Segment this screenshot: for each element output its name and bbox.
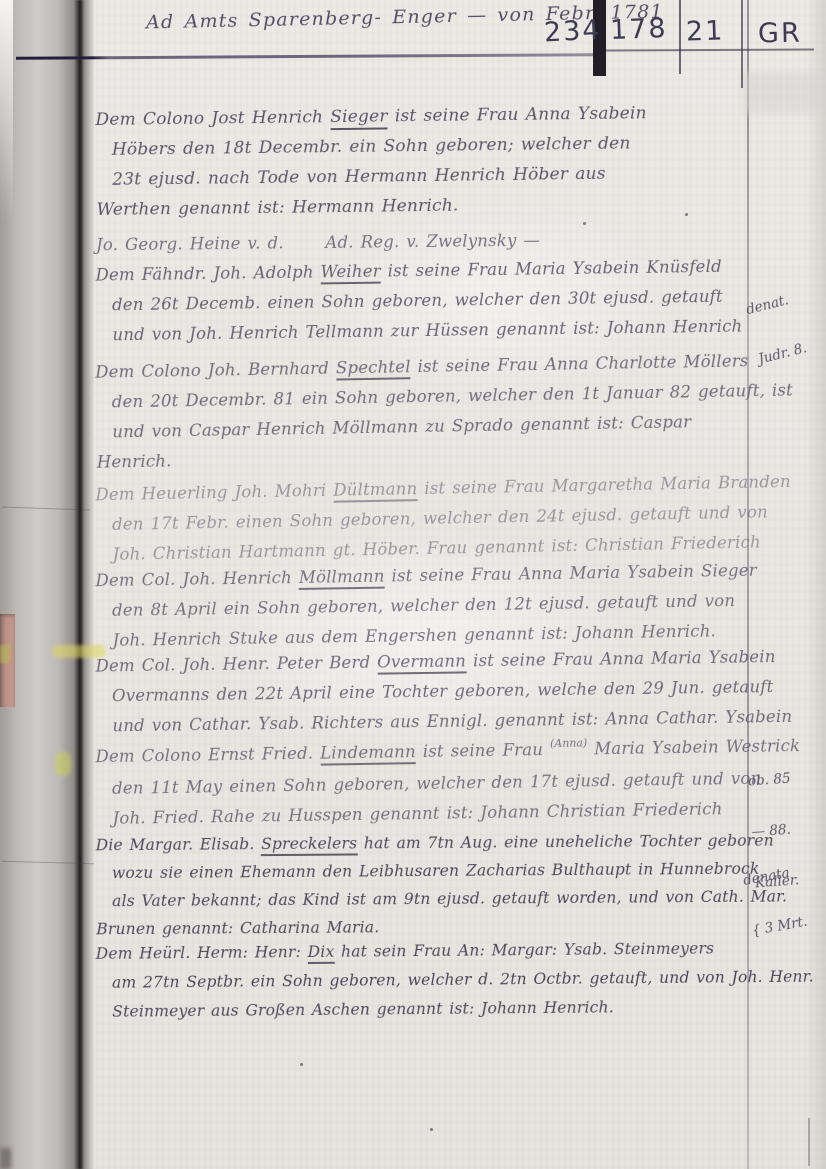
margin-note-line: Judr. 8. <box>757 340 809 368</box>
register-entry: Dem Colono Joh. Bernhard Spechtel ist se… <box>95 346 752 477</box>
margin-note-line: { 3 Mrt. <box>751 914 809 940</box>
underlined-surname: Overmann <box>377 651 466 674</box>
ref-number-cell: GR <box>758 18 802 50</box>
green-highlight-mark <box>0 645 10 663</box>
entry-text: Dem Heürl. Herm: Henr: <box>96 943 308 963</box>
register-entry: Dem Col. Joh. Henrich Möllmann ist seine… <box>95 556 751 656</box>
entry-text: Dem Colono Jost Henrich <box>95 107 330 130</box>
binding-crease-line <box>74 0 84 1169</box>
entry-text: hat am 7tn Aug. eine uneheliche Tochter … <box>357 832 774 853</box>
ref-number-cell: 178 <box>609 13 668 46</box>
entry-line: am 27tn Septbr. ein Sohn geboren, welche… <box>96 963 751 998</box>
scanned-register-page: { "header": { "script": "Ad Amts Sparenb… <box>0 0 826 1169</box>
entry-text: Dem Col. Joh. Henr. Peter Berd <box>95 653 377 676</box>
entry-text: ist seine Frau Margaretha Maria Branden <box>417 472 791 498</box>
register-entry: Dem Col. Joh. Henr. Peter Berd Overmann … <box>95 642 751 741</box>
right-page-edge-shade <box>806 0 826 1169</box>
register-entry: Dem Fähndr. Joh. Adolph Weiher ist seine… <box>95 251 751 350</box>
box-divider-line <box>679 0 681 74</box>
underlined-surname: Dix <box>308 943 335 964</box>
underlined-surname: Möllmann <box>299 567 385 590</box>
ref-number-cell: 234 <box>543 15 602 49</box>
ink-speck <box>685 213 688 216</box>
entry-text: Dem Col. Joh. Henrich <box>95 568 299 590</box>
box-divider-line <box>741 0 743 88</box>
bottom-right-edge-line <box>808 1118 810 1166</box>
page-edge-highlight <box>0 0 13 220</box>
register-entry: Die Margar. Elisab. Spreckelers hat am 7… <box>96 827 752 944</box>
entry-line: Die Margar. Elisab. Spreckelers hat am 7… <box>96 827 751 860</box>
entry-text: Dem Colono Ernst Fried. <box>95 744 320 767</box>
underlined-surname: Spechtel <box>336 357 411 380</box>
yellow-highlight-mark <box>55 752 71 776</box>
entry-text: Die Margar. Elisab. <box>96 835 262 854</box>
entry-text: ist seine Frau Maria Ysabein Knüsfeld <box>381 257 722 281</box>
underlined-surname: Lindemann <box>320 742 416 766</box>
margin-note-line: ob. 85 <box>747 771 792 791</box>
entry-text: Dem Colono Joh. Bernhard <box>95 359 336 382</box>
margin-note-line: denata <box>742 864 800 890</box>
ink-speck <box>430 1128 433 1131</box>
entry-text: Dem Fähndr. Joh. Adolph <box>95 262 320 284</box>
bottom-left-shadow <box>0 1148 11 1169</box>
ink-speck <box>300 1063 303 1066</box>
entry-text: ist seine Frau Anna Charlotte Möllers <box>411 351 749 376</box>
entry-text: ist seine Frau Anna Ysabein <box>388 103 647 126</box>
entry-text: Dem Heuerling Joh. Mohri <box>95 481 333 505</box>
inserted-word: (Anna) <box>550 736 587 750</box>
top-right-corner-shade <box>742 72 826 114</box>
entry-text: ist seine Frau Anna Maria Ysabein Sieger <box>384 561 756 586</box>
register-entry: Dem Heuerling Joh. Mohri Dültmann ist se… <box>95 468 752 571</box>
register-entry: Dem Colono Ernst Fried. Lindemann ist se… <box>95 732 751 834</box>
entry-text: ist seine Frau <box>416 740 551 761</box>
entry-line: als Vater bekannt; das Kind ist am 9tn e… <box>96 883 751 916</box>
underlined-surname: Sieger <box>330 106 388 130</box>
ink-speck <box>583 222 586 225</box>
underlined-surname: Weiher <box>320 262 380 285</box>
register-entry: Dem Heürl. Herm: Henr: Dix hat sein Frau… <box>96 934 752 1027</box>
underlined-surname: Spreckelers <box>261 834 357 856</box>
entry-text: ist seine Frau Anna Maria Ysabein <box>466 647 776 670</box>
entry-line: Steinmeyer aus Großen Aschen genannt ist… <box>96 992 751 1027</box>
entry-line: wozu sie einen Ehemann den Leibhusaren Z… <box>96 855 751 888</box>
margin-note-line: denat. <box>745 291 797 319</box>
underlined-surname: Dültmann <box>333 479 418 503</box>
ref-number-cell: 21 <box>685 15 724 47</box>
entry-text: hat sein Frau An: Margar: Ysab. Steinmey… <box>334 939 714 960</box>
register-entry: Dem Colono Jost Henrich Sieger ist seine… <box>95 97 751 225</box>
